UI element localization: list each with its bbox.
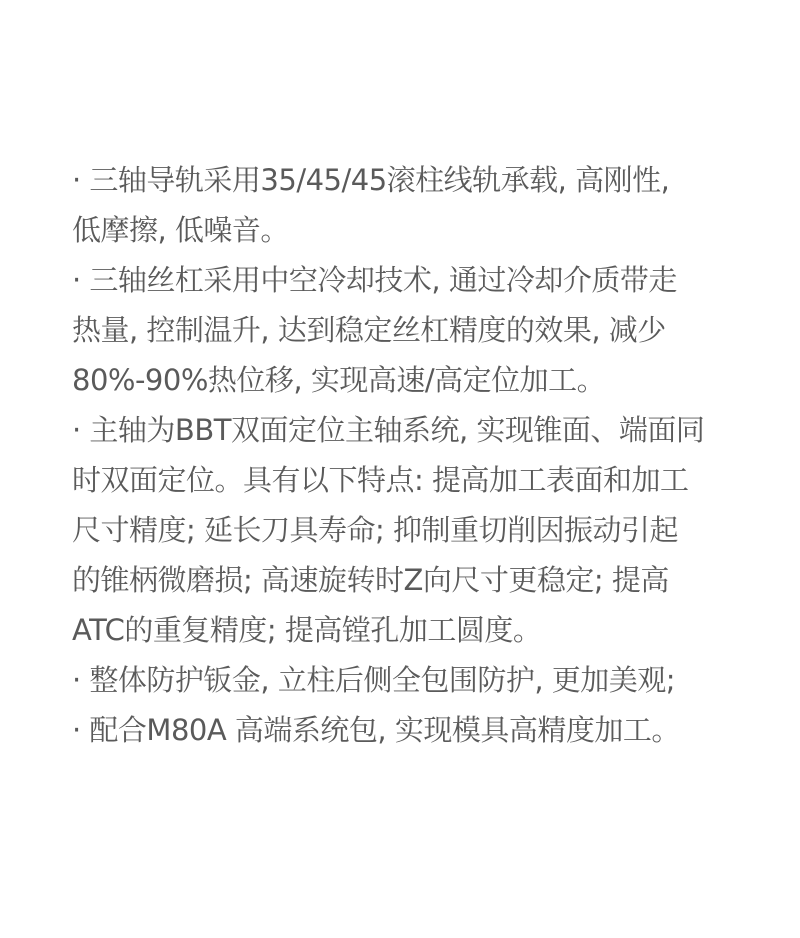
feature-item-ball-screw-cooling: · 三轴丝杠采用中空冷却技术, 通过冷却介质带走 热量, 控制温升, 达到稳定丝… (72, 255, 742, 405)
feature-text-line: 时双面定位。具有以下特点: 提高加工表面和加工 (72, 455, 742, 505)
feature-text-line: 尺寸精度; 延长刀具寿命; 抑制重切削因振动引起 (72, 505, 742, 555)
feature-text-line: · 整体防护钣金, 立柱后侧全包围防护, 更加美观; (72, 655, 742, 705)
feature-item-guide-rails: · 三轴导轨采用35/45/45滚柱线轨承载, 高刚性, 低摩擦, 低噪音。 (72, 155, 742, 255)
feature-text-line: · 配合M80A 高端系统包, 实现模具高精度加工。 (72, 705, 742, 755)
feature-list: · 三轴导轨采用35/45/45滚柱线轨承载, 高刚性, 低摩擦, 低噪音。 ·… (72, 155, 742, 755)
feature-text-line: 80%-90%热位移, 实现高速/高定位加工。 (72, 355, 742, 405)
feature-item-bbt-spindle: · 主轴为BBT双面定位主轴系统, 实现锥面、端面同 时双面定位。具有以下特点:… (72, 405, 742, 655)
feature-item-sheet-metal-guard: · 整体防护钣金, 立柱后侧全包围防护, 更加美观; (72, 655, 742, 705)
feature-text-line: · 三轴导轨采用35/45/45滚柱线轨承载, 高刚性, (72, 155, 742, 205)
feature-text-line: ATC的重复精度; 提高镗孔加工圆度。 (72, 605, 742, 655)
feature-text-line: · 三轴丝杠采用中空冷却技术, 通过冷却介质带走 (72, 255, 742, 305)
feature-text-line: 低摩擦, 低噪音。 (72, 205, 742, 255)
feature-item-m80a-system: · 配合M80A 高端系统包, 实现模具高精度加工。 (72, 705, 742, 755)
feature-text-line: 热量, 控制温升, 达到稳定丝杠精度的效果, 减少 (72, 305, 742, 355)
feature-text-line: 的锥柄微磨损; 高速旋转时Z向尺寸更稳定; 提高 (72, 555, 742, 605)
feature-text-line: · 主轴为BBT双面定位主轴系统, 实现锥面、端面同 (72, 405, 742, 455)
